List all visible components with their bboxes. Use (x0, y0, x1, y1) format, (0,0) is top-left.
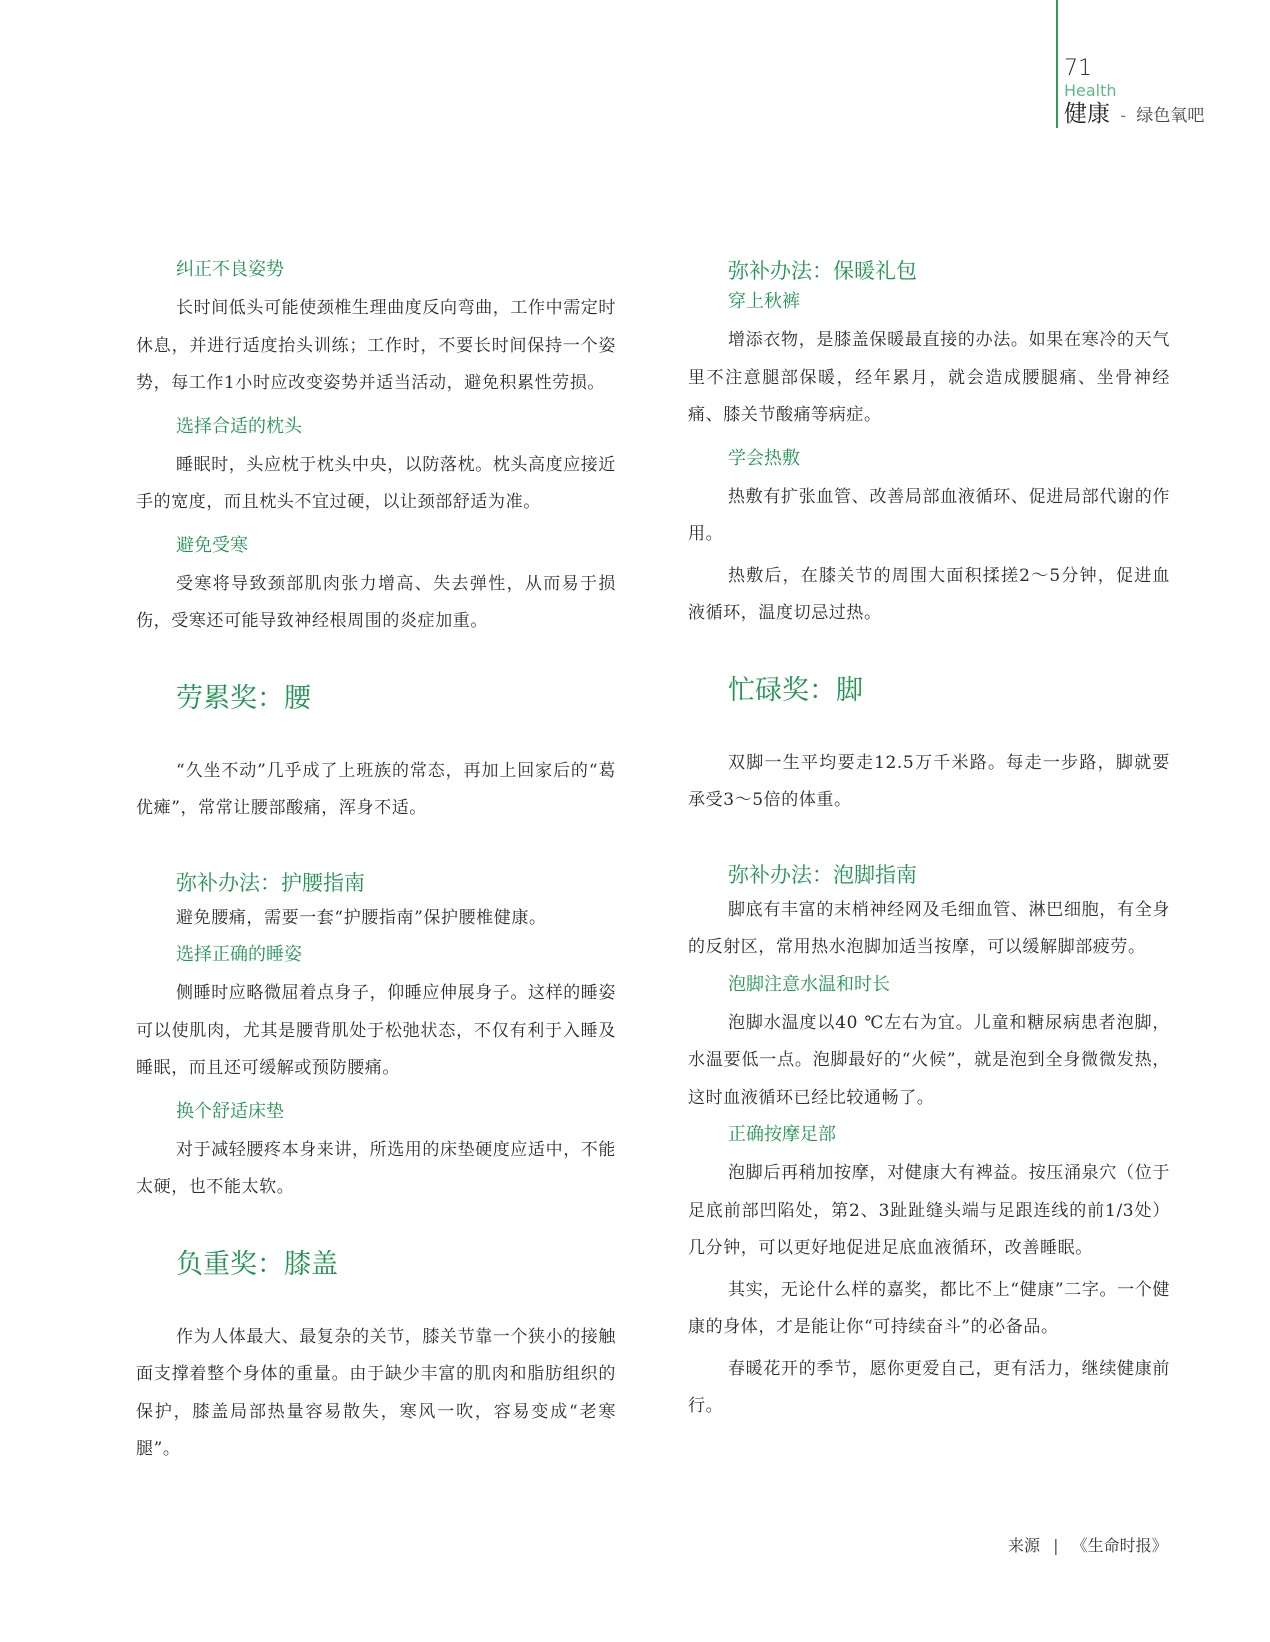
paragraph: 受寒将导致颈部肌肉张力增高、失去弹性，从而易于损伤，受寒还可能导致神经根周围的炎… (136, 566, 616, 641)
column-name: 绿色氧吧 (1136, 106, 1204, 126)
paragraph: 侧睡时应略微屈着点身子，仰睡应伸展身子。这样的睡姿可以使肌肉，尤其是腰背肌处于松… (136, 975, 616, 1088)
subheading-foot-massage: 正确按摩足部 (688, 1121, 1170, 1149)
subheading-posture: 纠正不良姿势 (136, 256, 616, 284)
paragraph: 脚底有丰富的末梢神经网及毛细血管、淋巴细胞，有全身的反射区，常用热水泡脚加适当按… (688, 892, 1170, 967)
heading-award-knee: 负重奖：膝盖 (136, 1247, 616, 1283)
page-number: 71 (1064, 56, 1204, 82)
paragraph: 泡脚后再稍加按摩，对健康大有裨益。按压涌泉穴（位于足底前部凹陷处，第2、3趾趾缝… (688, 1155, 1170, 1268)
paragraph: 双脚一生平均要走12.5万千米路。每走一步路，脚就要承受3～5倍的体重。 (688, 745, 1170, 820)
paragraph: 避免腰痛，需要一套“护腰指南”保护腰椎健康。 (136, 900, 616, 938)
source-credit: 来源 | 《生命时报》 (1008, 1533, 1168, 1556)
paragraph: 其实，无论什么样的嘉奖，都比不上“健康”二字。一个健康的身体，才是能让你“可持续… (688, 1272, 1170, 1347)
section-english: Health (1064, 82, 1204, 100)
subheading-mattress: 换个舒适床垫 (136, 1098, 616, 1126)
subheading-water-temp: 泡脚注意水温和时长 (688, 971, 1170, 999)
paragraph: 热敷有扩张血管、改善局部血液循环、促进局部代谢的作用。 (688, 479, 1170, 554)
subheading-hot-compress: 学会热敷 (688, 445, 1170, 473)
source-name: 《生命时报》 (1072, 1536, 1168, 1555)
section-chinese: 健康 - 绿色氧吧 (1064, 100, 1204, 130)
paragraph: 作为人体最大、最复杂的关节，膝关节靠一个狭小的接触面支撑着整个身体的重量。由于缺… (136, 1319, 616, 1469)
paragraph: 长时间低头可能使颈椎生理曲度反向弯曲，工作中需定时休息，并进行适度抬头训练；工作… (136, 290, 616, 403)
paragraph: 睡眠时，头应枕于枕头中央，以防落枕。枕头高度应接近手的宽度，而且枕头不宜过硬，以… (136, 447, 616, 522)
paragraph: 泡脚水温度以40 ℃左右为宜。儿童和糖尿病患者泡脚，水温要低一点。泡脚最好的“火… (688, 1005, 1170, 1118)
source-separator: | (1053, 1536, 1058, 1555)
right-column: 弥补办法：保暖礼包 穿上秋裤 增添衣物，是膝盖保暖最直接的办法。如果在寒冷的天气… (688, 256, 1170, 1430)
header-vertical-rule (1056, 0, 1058, 128)
paragraph: 增添衣物，是膝盖保暖最直接的办法。如果在寒冷的天气里不注意腿部保暖，经年累月，就… (688, 322, 1170, 435)
paragraph: 春暖花开的季节，愿你更爱自己，更有活力，继续健康前行。 (688, 1351, 1170, 1426)
section-title: 健康 (1064, 101, 1110, 127)
left-column: 纠正不良姿势 长时间低头可能使颈椎生理曲度反向弯曲，工作中需定时休息，并进行适度… (136, 256, 616, 1473)
section-separator: - (1120, 106, 1126, 125)
heading-award-foot: 忙碌奖：脚 (688, 673, 1170, 709)
paragraph: “久坐不动”几乎成了上班族的常态，再加上回家后的“葛优瘫”，常常让腰部酸痛，浑身… (136, 753, 616, 828)
heading-remedy-waist: 弥补办法：护腰指南 (136, 868, 616, 898)
subheading-cold: 避免受寒 (136, 532, 616, 560)
source-label: 来源 (1008, 1536, 1040, 1555)
subheading-long-johns: 穿上秋裤 (688, 288, 1170, 316)
heading-award-waist: 劳累奖：腰 (136, 681, 616, 717)
heading-remedy-foot: 弥补办法：泡脚指南 (688, 860, 1170, 890)
subheading-pillow: 选择合适的枕头 (136, 413, 616, 441)
paragraph: 热敷后，在膝关节的周围大面积揉搓2～5分钟，促进血液循环，温度切忌过热。 (688, 558, 1170, 633)
paragraph: 对于减轻腰疼本身来讲，所选用的床垫硬度应适中，不能太硬，也不能太软。 (136, 1132, 616, 1207)
subheading-sleep-posture: 选择正确的睡姿 (136, 941, 616, 969)
heading-remedy-knee: 弥补办法：保暖礼包 (688, 256, 1170, 286)
page-header: 71 Health 健康 - 绿色氧吧 (1064, 56, 1204, 130)
